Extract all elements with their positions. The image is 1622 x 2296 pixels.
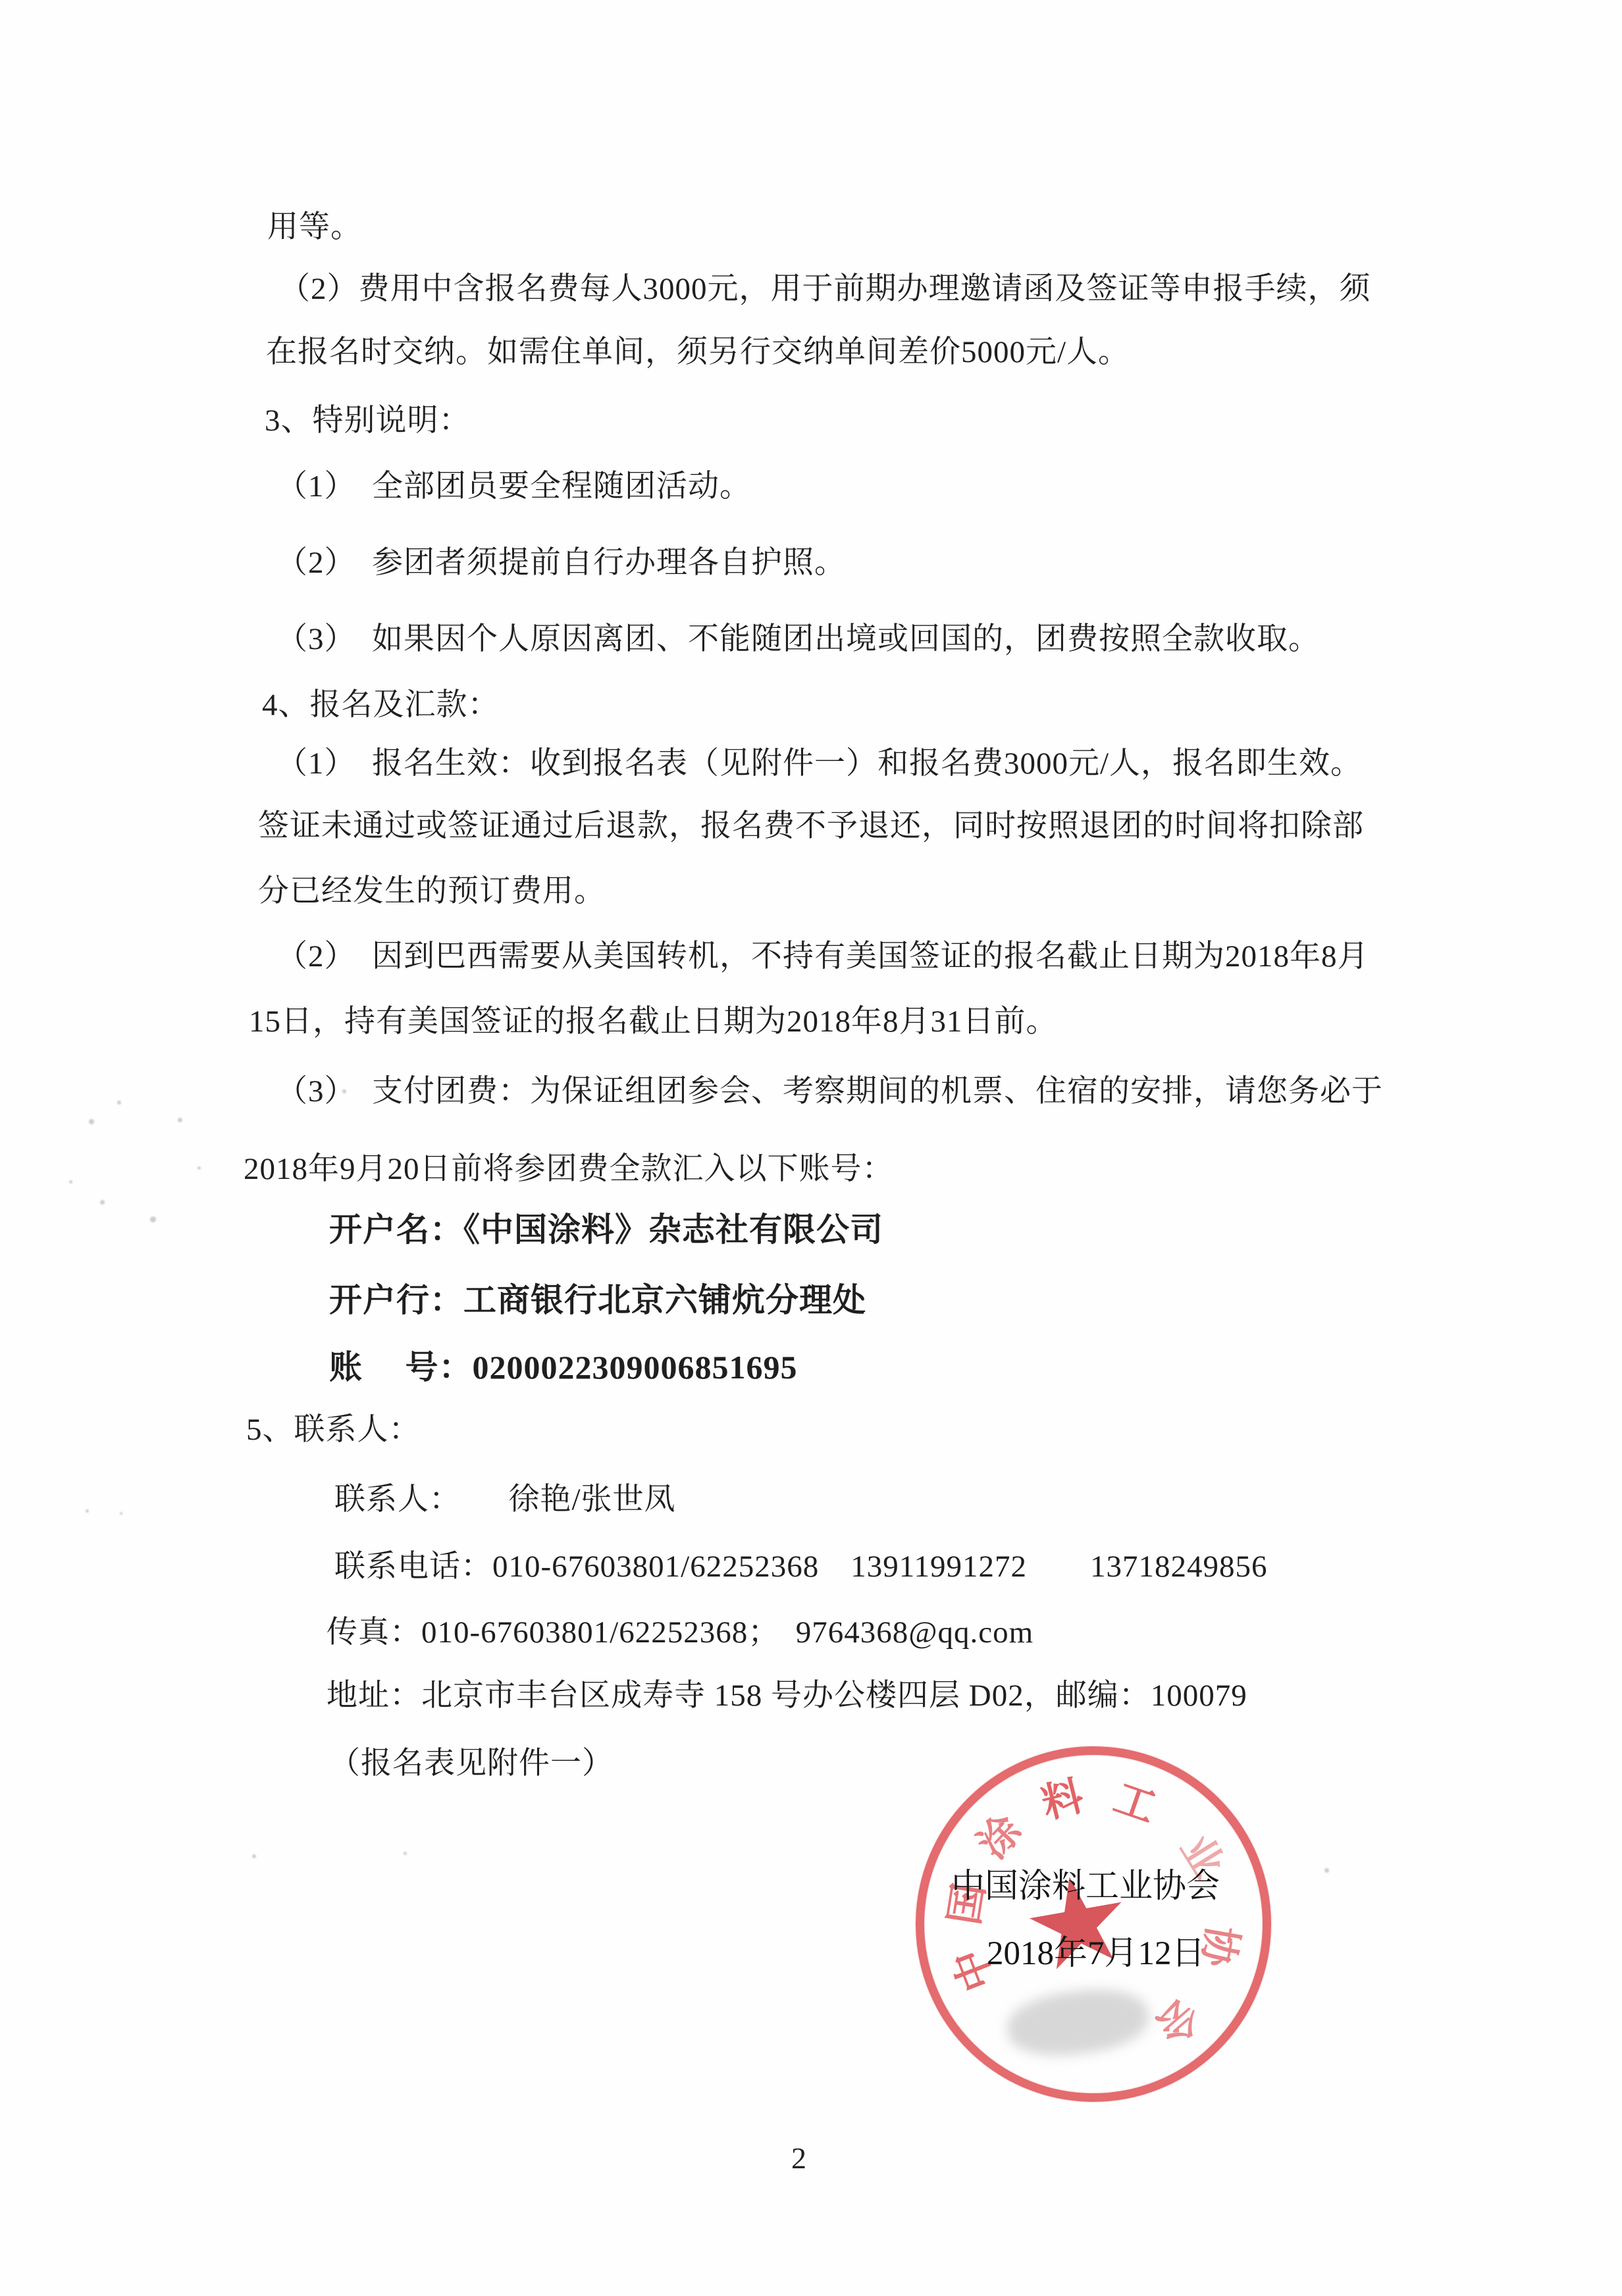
text-line: 开户行：工商银行北京六铺炕分理处 <box>329 1280 866 1321</box>
text-line: 5、联系人： <box>246 1411 421 1449</box>
text-line: 2018年9月20日前将参团费全款汇入以下账号： <box>244 1150 894 1189</box>
noise-speck <box>100 1200 105 1205</box>
noise-speck <box>120 1512 122 1515</box>
text-line: （2）费用中含报名费每人3000元，用于前期办理邀请函及签证等申报手续，须 <box>279 270 1371 309</box>
text-line: 分已经发生的预订费用。 <box>258 872 606 911</box>
text-line: 地址：北京市丰台区成寿寺 158 号办公楼四层 D02，邮编：100079 <box>327 1677 1247 1715</box>
text-line: 4、报名及汇款： <box>262 686 500 725</box>
text-line: （3） 如果因个人原因离团、不能随团出境或回国的，团费按照全款收取。 <box>276 620 1320 659</box>
official-seal-stamp: 中国涂料工业协会 ★ 中国涂料工业协会 2018年7月12日 <box>916 1746 1271 2102</box>
text-line: 传真：010-67603801/62252368； 9764368@qq.com <box>327 1613 1033 1652</box>
noise-speck <box>117 1101 121 1105</box>
text-line: （3） 支付团费：为保证组团参会、考察期间的机票、住宿的安排，请您务必于 <box>276 1072 1383 1111</box>
text-line: 联系电话：010-67603801/62252368 13911991272 1… <box>334 1548 1267 1586</box>
text-line: 在报名时交纳。如需住单间，须另行交纳单间差价5000元/人。 <box>266 333 1130 372</box>
text-line: 联系人： 徐艳/张世凤 <box>334 1480 676 1519</box>
noise-speck <box>342 1089 346 1093</box>
noise-speck <box>404 1852 407 1855</box>
text-line: （2） 因到巴西需要从美国转机，不持有美国签证的报名截止日期为2018年8月 <box>276 937 1369 976</box>
text-line: （报名表见附件一） <box>329 1744 614 1783</box>
noise-speck <box>86 1509 89 1513</box>
text-line: （2） 参团者须提前自行办理各自护照。 <box>276 544 846 583</box>
noise-speck <box>89 1119 94 1124</box>
text-line: 15日，持有美国签证的报名截止日期为2018年8月31日前。 <box>249 1003 1058 1041</box>
noise-speck <box>69 1180 72 1184</box>
text-line: 开户名：《中国涂料》杂志社有限公司 <box>329 1209 883 1251</box>
text-line: （1） 全部团员要全程随团活动。 <box>276 467 751 506</box>
text-line: （1） 报名生效：收到报名表（见附件一）和报名费3000元/人，报名即生效。 <box>276 744 1362 783</box>
noise-speck <box>252 1854 256 1858</box>
seal-date: 2018年7月12日 <box>987 1925 1205 1974</box>
noise-speck <box>197 1166 201 1170</box>
noise-speck <box>178 1118 182 1122</box>
noise-speck <box>150 1216 156 1222</box>
noise-speck <box>1324 1868 1329 1873</box>
text-line: 用等。 <box>267 208 362 247</box>
text-line: 3、特别说明： <box>265 402 471 440</box>
seal-org-name: 中国涂料工业协会 <box>951 1858 1220 1907</box>
page-number: 2 <box>791 2141 806 2176</box>
text-line: 签证未通过或签证通过后退款，报名费不予退还，同时按照退团的时间将扣除部 <box>258 807 1364 846</box>
document-page: 用等。（2）费用中含报名费每人3000元，用于前期办理邀请函及签证等申报手续，须… <box>0 0 1622 2296</box>
text-line: 账 号：0200022309006851695 <box>329 1347 798 1388</box>
